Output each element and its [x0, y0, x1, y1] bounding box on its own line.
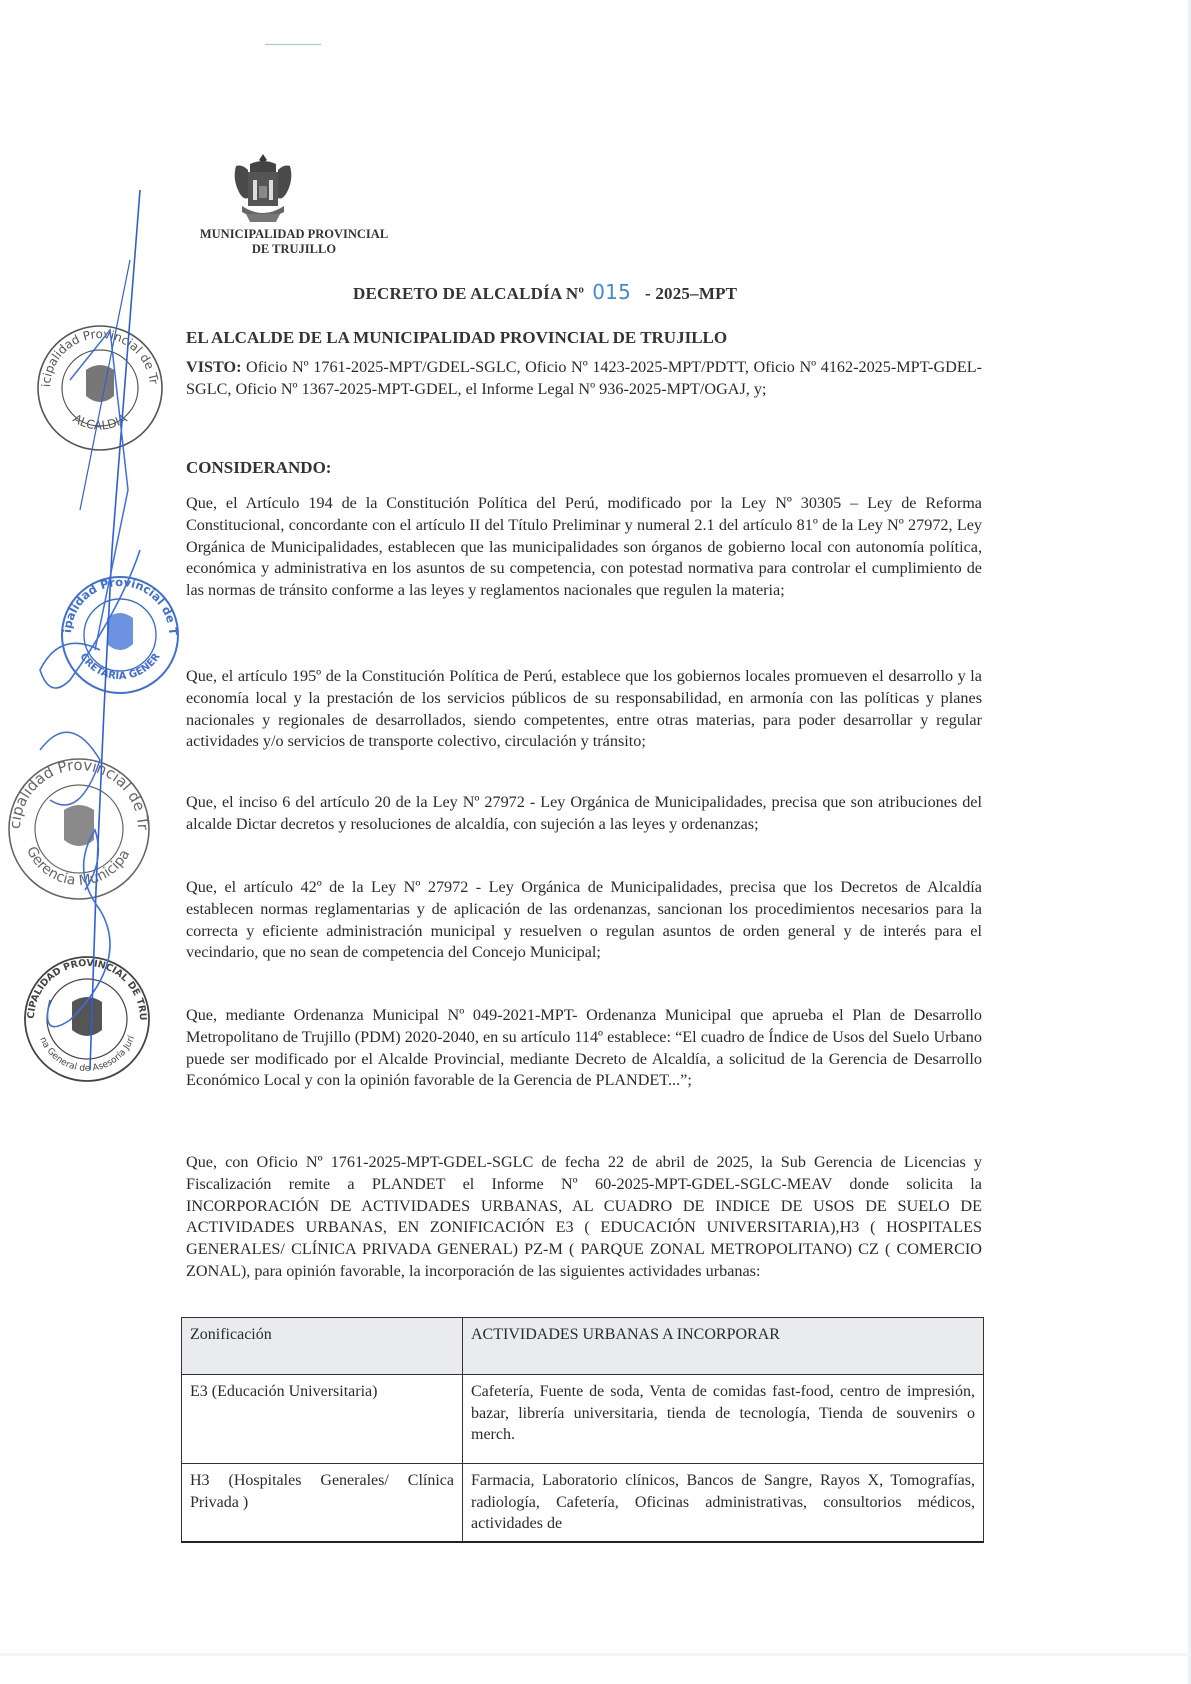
table-header-row: Zonificación ACTIVIDADES URBANAS A INCOR…	[182, 1318, 984, 1375]
authority-heading: EL ALCALDE DE LA MUNICIPALIDAD PROVINCIA…	[186, 328, 727, 348]
column-header-zonificacion: Zonificación	[182, 1318, 463, 1375]
coat-of-arms-icon	[232, 152, 294, 224]
paragraph-5: Que, mediante Ordenanza Municipal Nº 049…	[186, 1005, 982, 1092]
table-row: E3 (Educación Universitaria) Cafetería, …	[182, 1375, 984, 1464]
scan-mark	[265, 44, 321, 45]
institution-line1: MUNICIPALIDAD PROVINCIAL	[183, 227, 405, 242]
activities-cell: Farmacia, Laboratorio clínicos, Bancos d…	[463, 1464, 984, 1542]
document-title: DECRETO DE ALCALDÍA Nº015- 2025–MPT	[353, 280, 737, 304]
visto-paragraph: VISTO: Oficio Nº 1761-2025-MPT/GDEL-SGLC…	[186, 357, 982, 401]
paragraph-3: Que, el inciso 6 del artículo 20 de la L…	[186, 792, 982, 836]
considerando-heading: CONSIDERANDO:	[186, 458, 331, 478]
zone-cell: E3 (Educación Universitaria)	[182, 1375, 463, 1464]
paragraph-4: Que, el artículo 42º de la Ley Nº 27972 …	[186, 877, 982, 964]
institution-line2: DE TRUJILLO	[183, 242, 405, 257]
scan-edge	[0, 1653, 1191, 1656]
title-prefix: DECRETO DE ALCALDÍA Nº	[353, 284, 584, 303]
table-row: H3 (Hospitales Generales/ Clínica Privad…	[182, 1464, 984, 1542]
signature-strokes	[0, 190, 200, 1090]
title-suffix: - 2025–MPT	[645, 284, 737, 303]
activities-cell: Cafetería, Fuente de soda, Venta de comi…	[463, 1375, 984, 1464]
paragraph-6: Que, con Oficio Nº 1761-2025-MPT-GDEL-SG…	[186, 1152, 982, 1283]
visto-text: Oficio Nº 1761-2025-MPT/GDEL-SGLC, Ofici…	[186, 358, 982, 398]
column-header-actividades: ACTIVIDADES URBANAS A INCORPORAR	[463, 1318, 984, 1375]
zoning-activities-table: Zonificación ACTIVIDADES URBANAS A INCOR…	[181, 1317, 984, 1543]
decree-number: 015	[592, 280, 631, 304]
institution-name: MUNICIPALIDAD PROVINCIAL DE TRUJILLO	[183, 227, 405, 257]
paragraph-2: Que, el artículo 195º de la Constitución…	[186, 666, 982, 753]
zone-cell: H3 (Hospitales Generales/ Clínica Privad…	[182, 1464, 463, 1542]
paragraph-1: Que, el Artículo 194 de la Constitución …	[186, 493, 982, 602]
